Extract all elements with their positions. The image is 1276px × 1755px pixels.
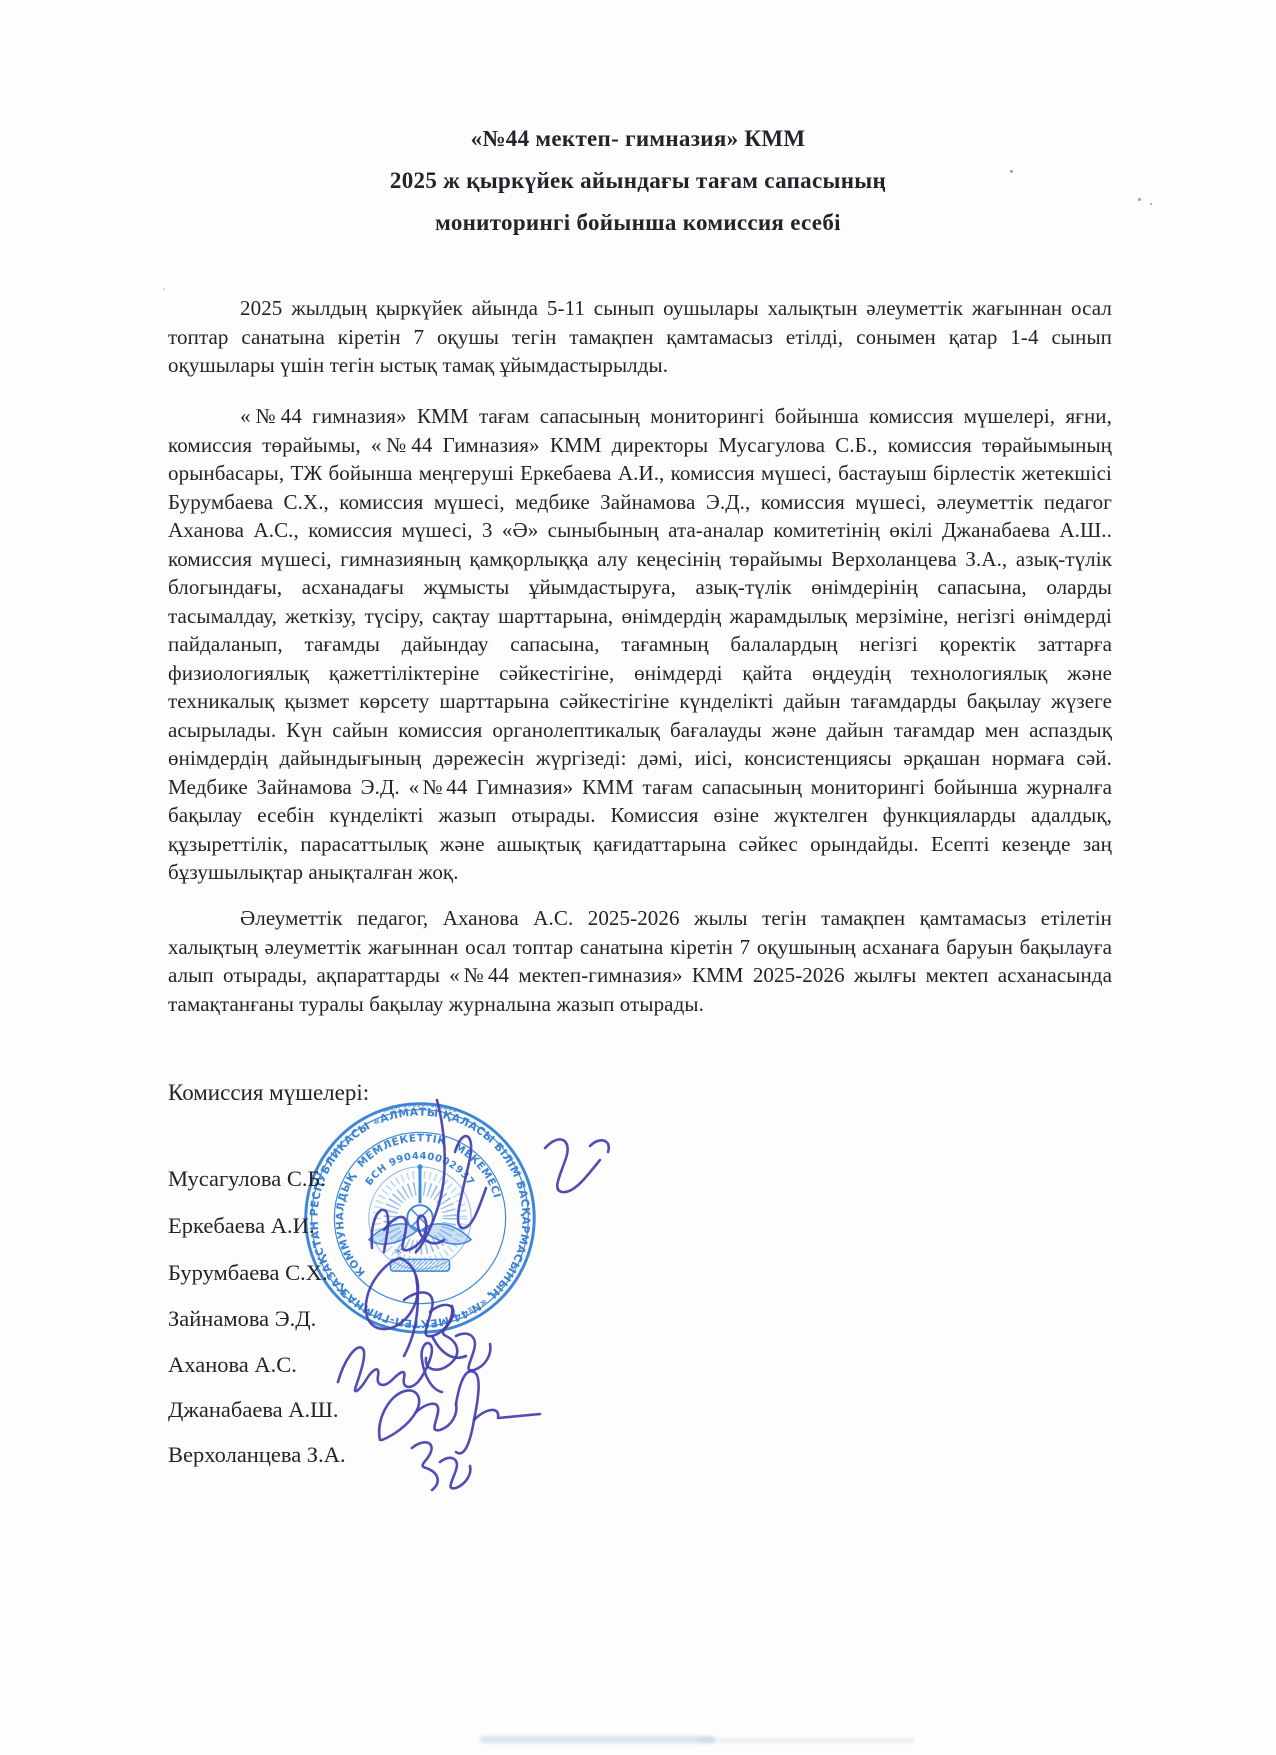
paragraph-2: «№44 гимназия» КММ тағам сапасының монит… bbox=[168, 402, 1112, 887]
scanned-report-page: «№44 мектеп- гимназия» КММ 2025 ж қыркүй… bbox=[0, 0, 1276, 1755]
report-title-line-2: 2025 ж қыркүйек айындағы тағам сапасының bbox=[0, 168, 1276, 194]
signature-zainamova bbox=[426, 1305, 491, 1370]
scan-smudge bbox=[480, 1736, 715, 1743]
signature-verkholantseva bbox=[412, 1442, 470, 1490]
scan-speck bbox=[1150, 203, 1152, 205]
scan-speck bbox=[1138, 198, 1141, 201]
scan-speck bbox=[1010, 170, 1013, 173]
paragraph-1: 2025 жылдың қыркүйек айында 5-11 сынып о… bbox=[168, 294, 1112, 380]
member-name-erkebaeva: Еркебаева А.И. bbox=[168, 1213, 314, 1239]
member-name-zainamova: Зайнамова Э.Д. bbox=[168, 1306, 316, 1332]
member-name-akhanova: Аханова А.С. bbox=[168, 1352, 297, 1378]
scan-smudge bbox=[700, 1738, 915, 1743]
report-title-line-3: мониторингі бойынша комиссия есебі bbox=[0, 210, 1276, 236]
signature-erkebaeva bbox=[372, 1210, 444, 1252]
signatures-overlay bbox=[300, 1080, 640, 1500]
report-title-line-1: «№44 мектеп- гимназия» КММ bbox=[0, 126, 1276, 152]
signature-akhanova bbox=[338, 1343, 442, 1392]
scan-speck bbox=[163, 288, 165, 290]
paragraph-3: Әлеуметтік педагог, Аханова А.С. 2025-20… bbox=[168, 904, 1112, 1018]
signature-musagulova bbox=[416, 1100, 609, 1252]
